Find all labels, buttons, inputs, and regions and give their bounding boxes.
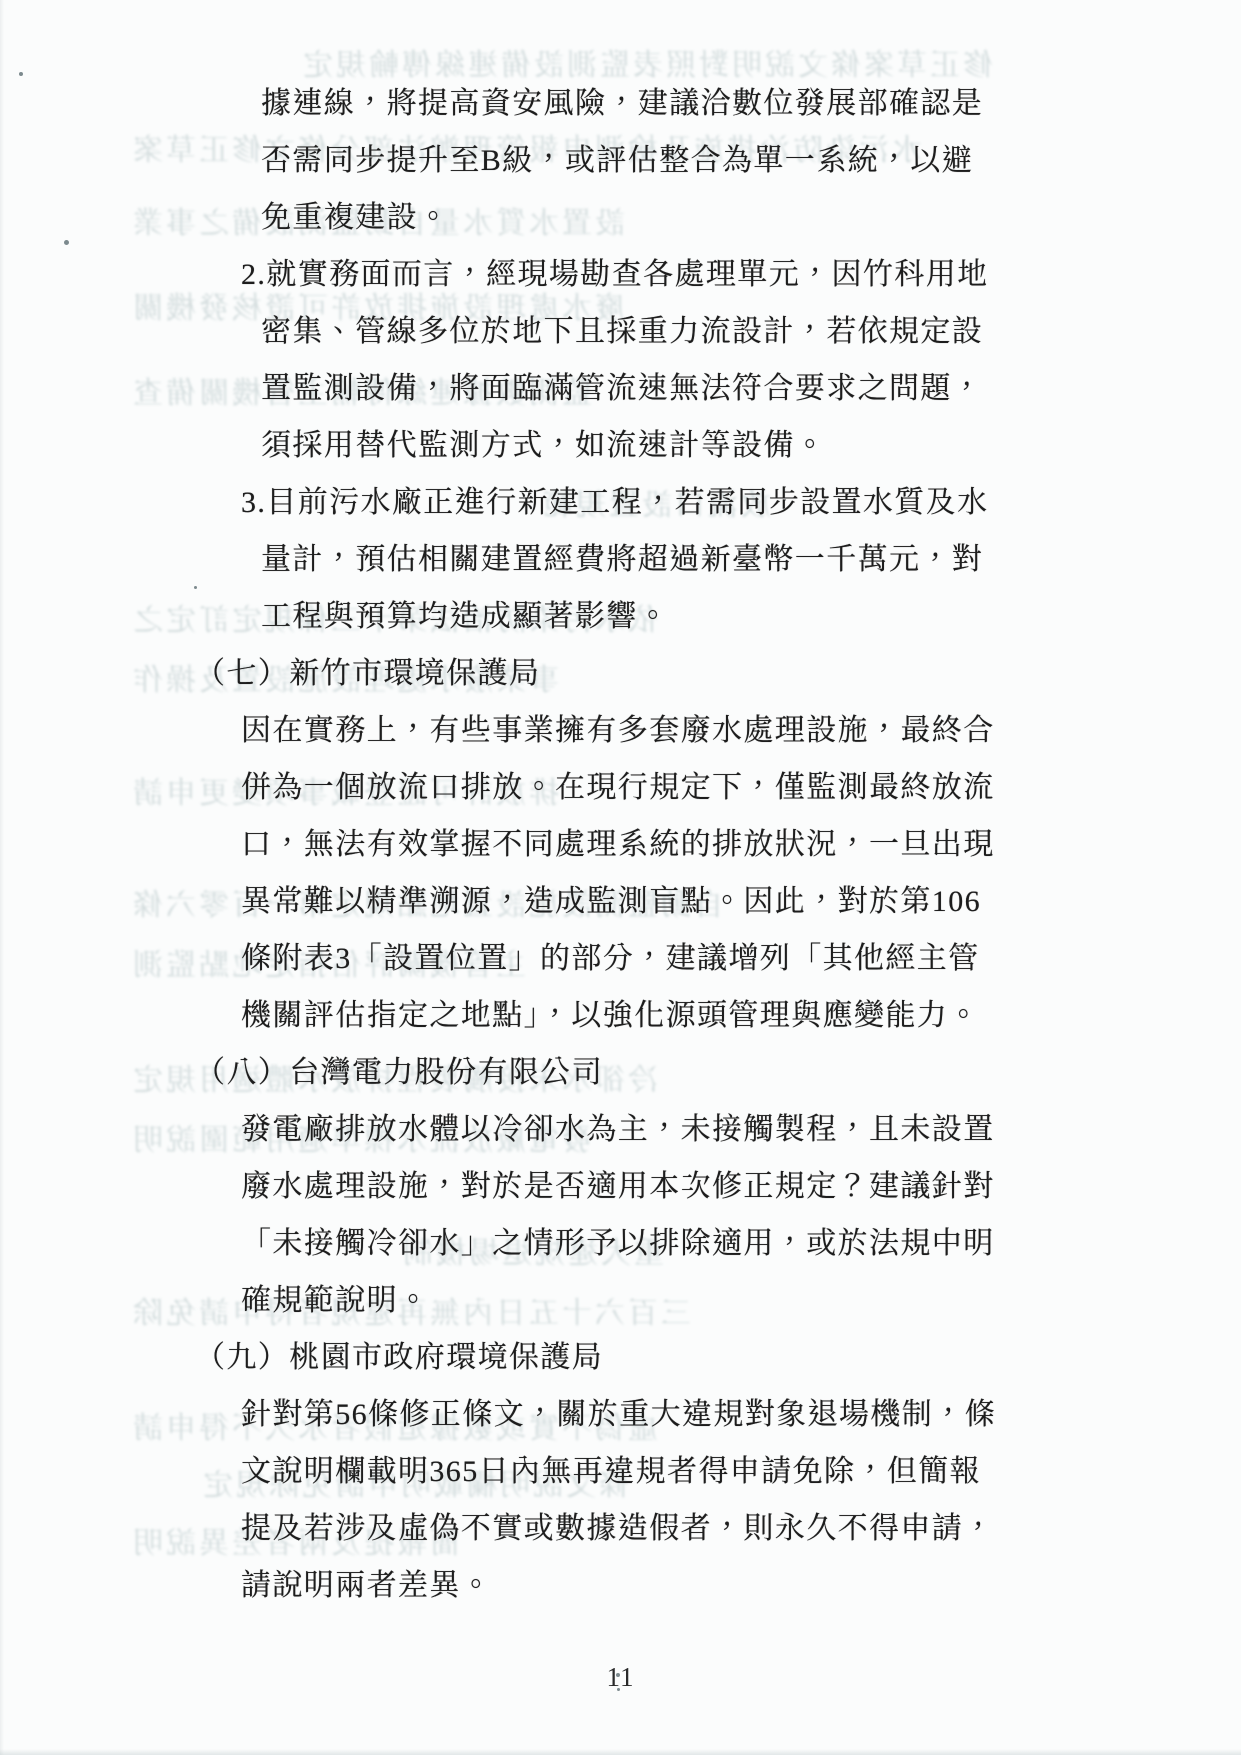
text-line: 據連線，將提高資安風險，建議洽數位發展部確認是 [0, 75, 1241, 132]
text-line: 工程與預算均造成顯著影響。 [0, 588, 1241, 645]
text-line: 2.就實務面而言，經現場勘查各處理單元，因竹科用地 [0, 246, 1241, 303]
section-heading: （九）桃園市政府環境保護局 [0, 1329, 1241, 1386]
text-line: 針對第56條修正條文，關於重大違規對象退場機制，條 [0, 1386, 1241, 1443]
text-line: 條附表3「設置位置」的部分，建議增列「其他經主管 [0, 930, 1241, 987]
text-line: 文說明欄載明365日內無再違規者得申請免除，但簡報 [0, 1443, 1241, 1500]
text-line: 量計，預估相關建置經費將超過新臺幣一千萬元，對 [0, 531, 1241, 588]
text-line: 發電廠排放水體以冷卻水為主，未接觸製程，且未設置 [0, 1101, 1241, 1158]
text-line: 因在實務上，有些事業擁有多套廢水處理設施，最終合 [0, 702, 1241, 759]
text-line: 置監測設備，將面臨滿管流速無法符合要求之問題， [0, 360, 1241, 417]
text-line: 免重複建設。 [0, 189, 1241, 246]
section-heading: （八）台灣電力股份有限公司 [0, 1044, 1241, 1101]
document-page: 修正草案條文說明對照表監測設備連線傳輸規定水污染防治措施及檢測申報管理辦法部分條… [0, 0, 1241, 1755]
text-block: 據連線，將提高資安風險，建議洽數位發展部確認是否需同步提升至B級，或評估整合為單… [0, 75, 1241, 1614]
text-line: 3.目前污水廠正進行新建工程，若需同步設置水質及水 [0, 474, 1241, 531]
text-line: 密集、管線多位於地下且採重力流設計，若依規定設 [0, 303, 1241, 360]
text-line: 須採用替代監測方式，如流速計等設備。 [0, 417, 1241, 474]
page-number: 11 [0, 1662, 1241, 1693]
text-line: 口，無法有效掌握不同處理系統的排放狀況，一旦出現 [0, 816, 1241, 873]
text-line: 請說明兩者差異。 [0, 1557, 1241, 1614]
text-line: 異常難以精準溯源，造成監測盲點。因此，對於第106 [0, 873, 1241, 930]
text-line: 機關評估指定之地點」，以強化源頭管理與應變能力。 [0, 987, 1241, 1044]
section-heading: （七）新竹市環境保護局 [0, 645, 1241, 702]
text-line: 「未接觸冷卻水」之情形予以排除適用，或於法規中明 [0, 1215, 1241, 1272]
text-line: 確規範說明。 [0, 1272, 1241, 1329]
text-line: 提及若涉及虛偽不實或數據造假者，則永久不得申請， [0, 1500, 1241, 1557]
text-line: 否需同步提升至B級，或評估整合為單一系統，以避 [0, 132, 1241, 189]
text-line: 併為一個放流口排放。在現行規定下，僅監測最終放流 [0, 759, 1241, 816]
text-line: 廢水處理設施，對於是否適用本次修正規定？建議針對 [0, 1158, 1241, 1215]
